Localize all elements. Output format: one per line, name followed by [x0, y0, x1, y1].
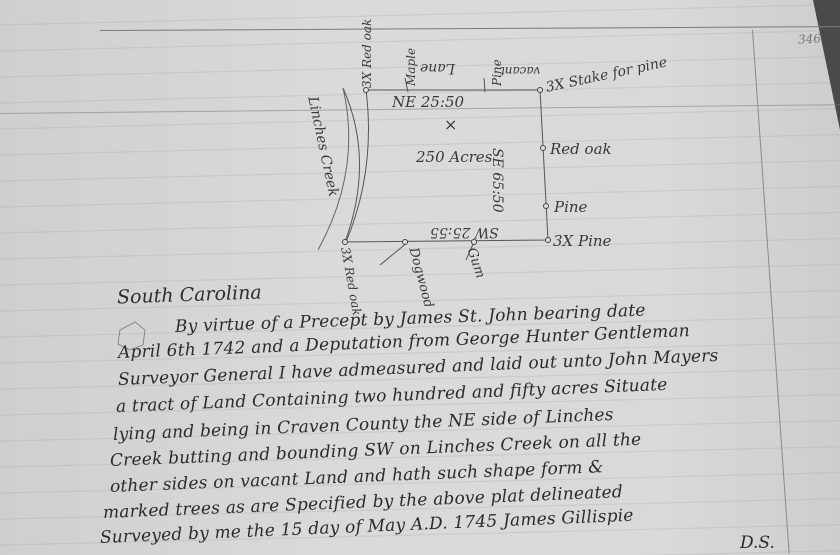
document-page: 346 NE 25:50 × 250 Acres SE 65:50 SW 25:…	[0, 0, 840, 555]
east-marker-red-oak: Red oak	[550, 140, 612, 158]
north-line-bearing: NE 25:50	[392, 93, 464, 111]
south-line-bearing: SW 25:55	[430, 224, 499, 240]
north-marker-lane: Lane	[420, 60, 455, 76]
north-marker-maple: Maple	[404, 48, 418, 86]
nw-corner-label: 3X Red oak	[360, 19, 374, 88]
signature-title: D.S.	[740, 533, 775, 553]
east-line-bearing: SE 65:50	[489, 148, 505, 213]
se-corner-label: 3X Pine	[553, 232, 611, 250]
center-mark: ×	[444, 115, 457, 134]
north-marker-vacant: vacant	[500, 64, 540, 78]
area-label: 250 Acres	[416, 148, 492, 166]
east-marker-pine: Pine	[554, 198, 587, 216]
